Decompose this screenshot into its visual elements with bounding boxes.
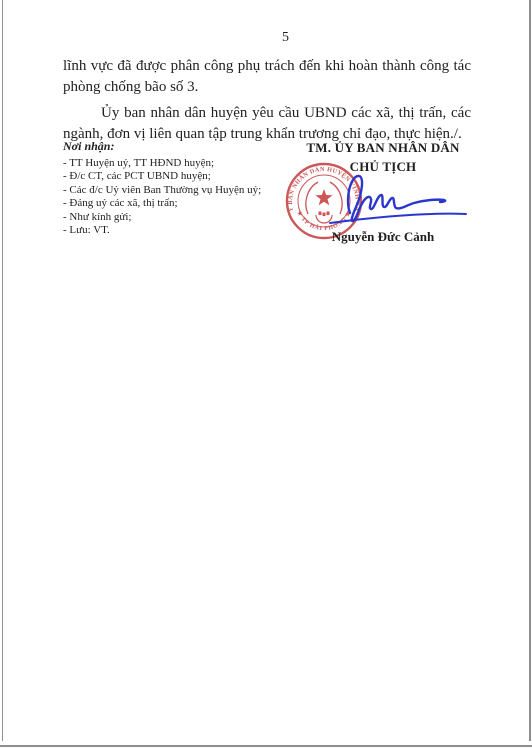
page-number: 5 xyxy=(282,30,289,46)
page-left-edge xyxy=(2,0,3,741)
authority-line: TM. ỦY BAN NHÂN DÂN xyxy=(294,139,472,156)
page-bottom-edge xyxy=(0,745,532,747)
recipient-item: - Các đ/c Uỷ viên Ban Thường vụ Huyện uỷ… xyxy=(63,184,301,197)
signature-underline xyxy=(330,214,466,223)
handwritten-signature xyxy=(322,168,478,230)
page-right-edge xyxy=(529,0,531,741)
recipient-item: - Đảng uỷ các xã, thị trấn; xyxy=(63,197,301,210)
recipients-heading: Nơi nhận: xyxy=(63,139,301,154)
paragraph-continuation: lĩnh vực đã được phân công phụ trách đến… xyxy=(63,56,471,98)
recipients-block: Nơi nhận: - TT Huyện uỷ, TT HĐND huyện; … xyxy=(63,139,301,237)
body-text: lĩnh vực đã được phân công phụ trách đến… xyxy=(63,56,471,145)
recipient-item: - Như kính gửi; xyxy=(63,211,301,224)
recipient-item: - Đ/c CT, các PCT UBND huyện; xyxy=(63,170,301,183)
signer-name: Nguyễn Đức Cảnh xyxy=(294,229,472,245)
recipient-item: - TT Huyện uỷ, TT HĐND huyện; xyxy=(63,157,301,170)
recipient-item: - Lưu: VT. xyxy=(63,224,301,237)
signature-section: Nơi nhận: - TT Huyện uỷ, TT HĐND huyện; … xyxy=(0,138,532,278)
